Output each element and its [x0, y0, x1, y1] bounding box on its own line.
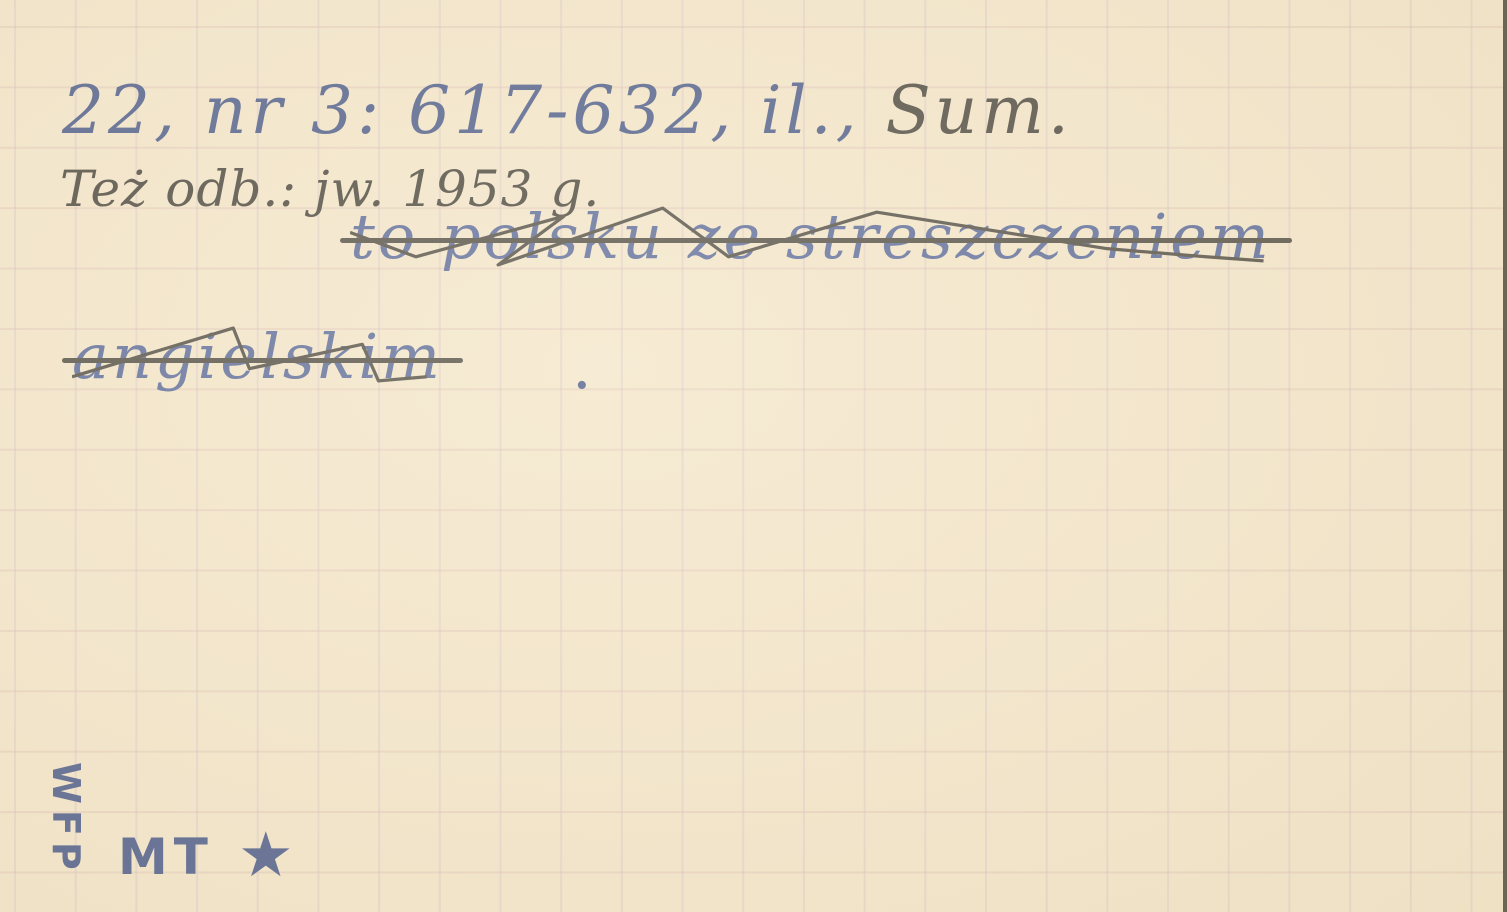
- star-icon: ★: [238, 818, 294, 891]
- initials-mark: MT: [118, 828, 214, 886]
- vertical-code-stamp: WFP: [44, 762, 88, 876]
- offprint-label: Też odb.:: [60, 160, 314, 218]
- catalog-card: 22, nr 3: 617-632, il., Sum. Też odb.: j…: [0, 0, 1507, 912]
- struck-text-line-2: angielskim: [72, 320, 443, 393]
- period-mark: .: [572, 330, 592, 403]
- strikethrough-mark: [62, 358, 463, 363]
- summary-abbrev: Sum.: [886, 72, 1073, 149]
- struck-text-line-1: to polsku ze streszczeniem: [350, 200, 1272, 273]
- volume-pages-line: 22, nr 3: 617-632, il., Sum.: [62, 72, 1073, 149]
- volume-pages-text: 22, nr 3: 617-632, il.,: [62, 72, 886, 149]
- strikethrough-mark: [340, 238, 1292, 243]
